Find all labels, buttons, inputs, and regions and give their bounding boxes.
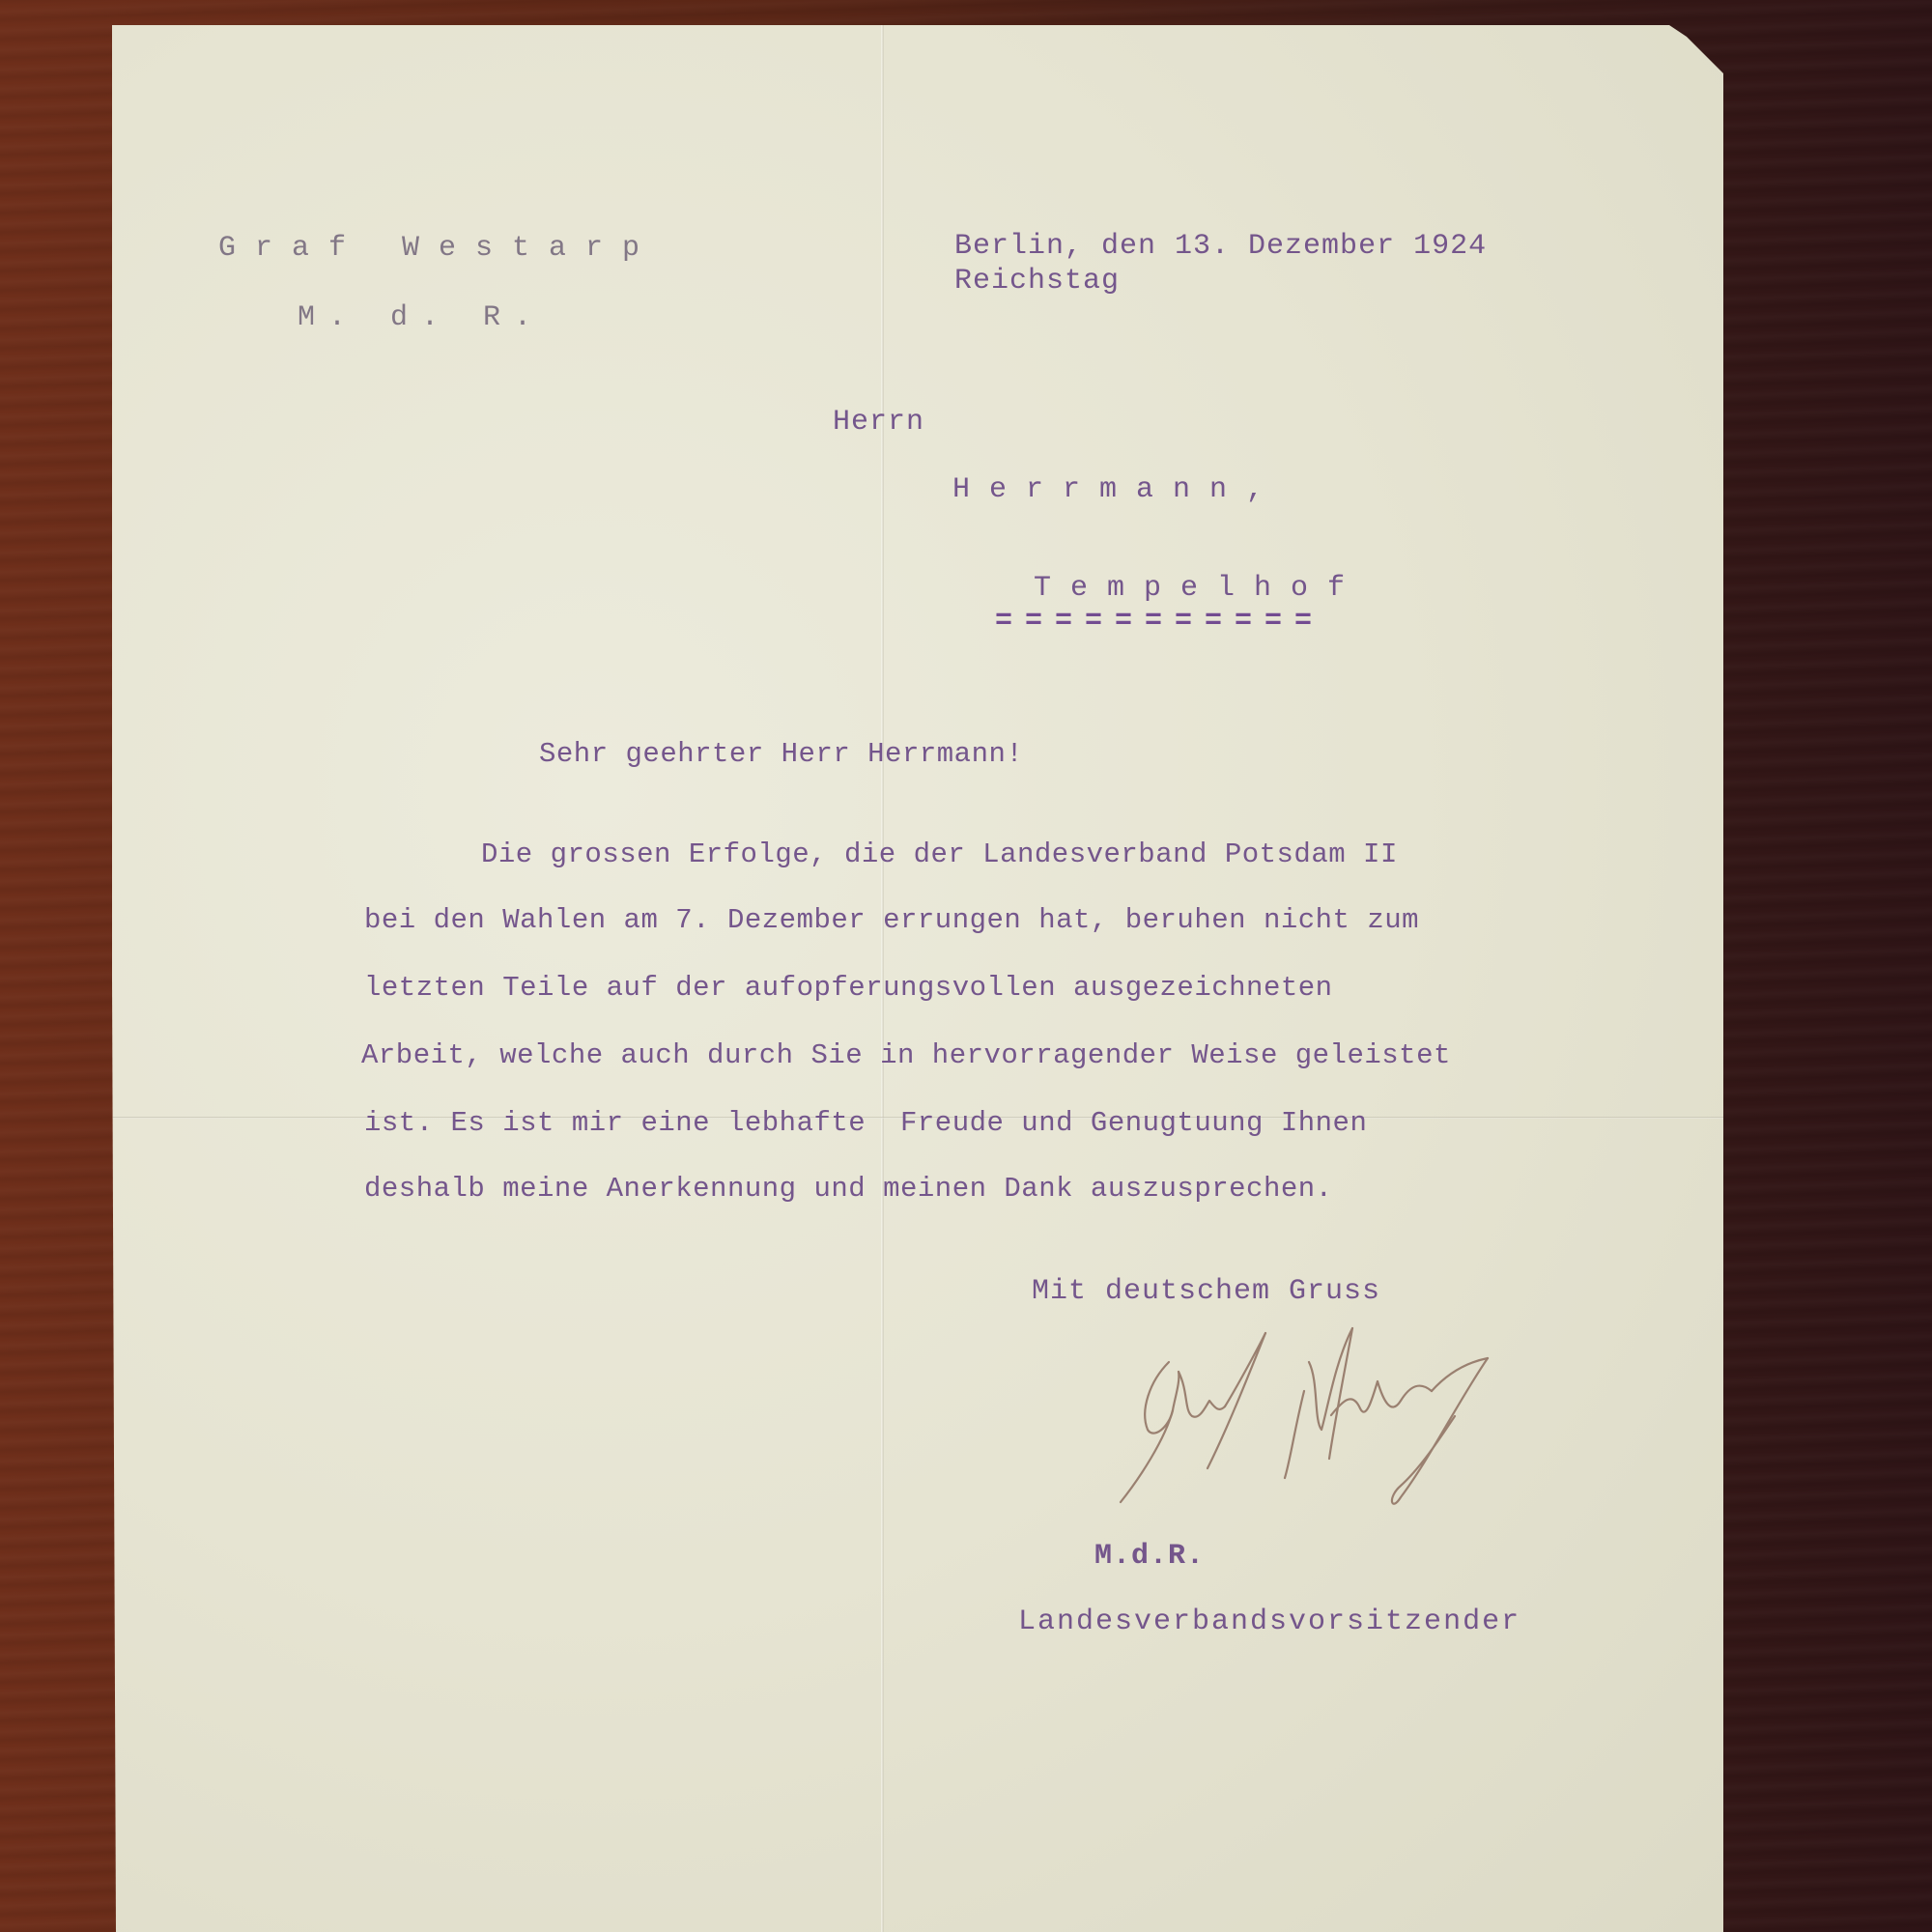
location: Reichstag: [954, 267, 1120, 296]
greeting: Sehr geehrter Herr Herrmann!: [539, 740, 1023, 768]
body-line: Arbeit, welche auch durch Sie in hervorr…: [361, 1041, 1451, 1069]
recipient-city-underline: ===========: [995, 607, 1324, 636]
body-line: Die grossen Erfolge, die der Landesverba…: [481, 840, 1398, 868]
closing: Mit deutschem Gruss: [1032, 1277, 1380, 1306]
body-line: ist. Es ist mir eine lebhafte Freude und…: [364, 1109, 1367, 1137]
body-line: deshalb meine Anerkennung und meinen Dan…: [364, 1175, 1333, 1203]
recipient-salutation: Herrn: [833, 408, 924, 437]
place-date: Berlin, den 13. Dezember 1924: [954, 232, 1487, 261]
sender-title: M. d. R.: [298, 303, 545, 332]
sender-name: Graf Westarp: [218, 234, 659, 263]
signature-title: M.d.R.: [1094, 1542, 1205, 1571]
body-line: bei den Wahlen am 7. Dezember errungen h…: [364, 906, 1419, 934]
signature-role: Landesverbandsvorsitzender: [1018, 1607, 1520, 1636]
recipient-city: Tempelhof: [1034, 574, 1364, 603]
recipient-name: Herrmann,: [952, 475, 1283, 504]
body-line: letzten Teile auf der aufopferungsvollen…: [364, 974, 1333, 1002]
handwritten-signature: [1111, 1323, 1536, 1517]
